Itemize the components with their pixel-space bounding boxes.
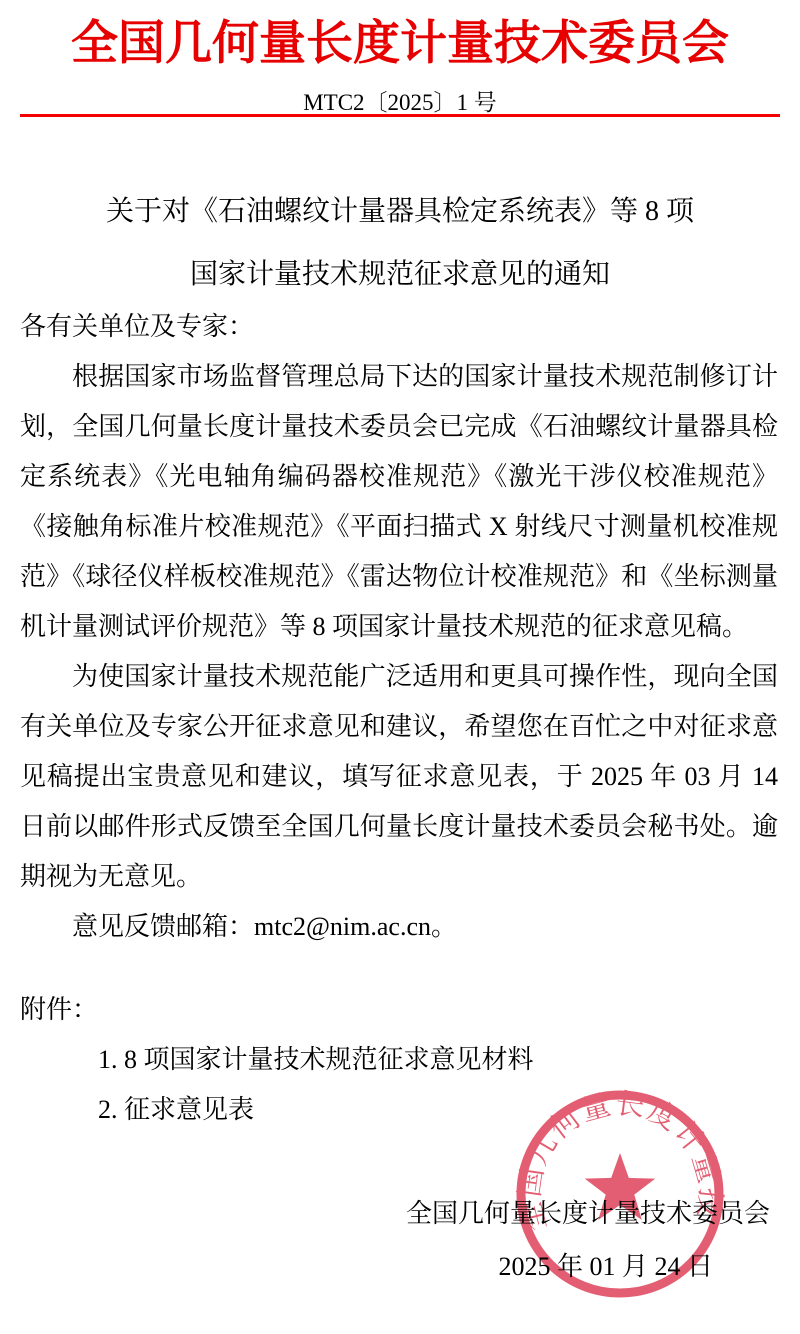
attachment-item-2: 2. 征求意见表	[20, 1085, 778, 1135]
attachment-item-1: 1. 8 项国家计量技术规范征求意见材料	[20, 1035, 778, 1085]
signoff-date: 2025 年 01 月 24 日	[498, 1246, 713, 1283]
notice-title-line2: 国家计量技术规范征求意见的通知	[0, 243, 800, 306]
signoff-org: 全国几何量长度计量技术委员会	[406, 1193, 770, 1230]
red-divider-line	[20, 114, 780, 117]
salutation: 各有关单位及专家：	[20, 302, 778, 352]
body-paragraph-3-email: 意见反馈邮箱：mtc2@nim.ac.cn。	[20, 902, 778, 952]
attachments-label: 附件：	[20, 985, 778, 1035]
org-header-title: 全国几何量长度计量技术委员会	[0, 6, 800, 73]
body-paragraph-2: 为使国家计量技术规范能广泛适用和更具可操作性，现向全国有关单位及专家公开征求意见…	[20, 652, 778, 902]
document-page: 全国几何量长度计量技术委员会 MTC2〔2025〕1 号 关于对《石油螺纹计量器…	[0, 0, 800, 1334]
notice-title: 关于对《石油螺纹计量器具检定系统表》等 8 项 国家计量技术规范征求意见的通知	[0, 180, 800, 306]
document-body: 各有关单位及专家： 根据国家市场监督管理总局下达的国家计量技术规范制修订计划，全…	[20, 302, 778, 1135]
body-paragraph-1: 根据国家市场监督管理总局下达的国家计量技术规范制修订计划，全国几何量长度计量技术…	[20, 352, 778, 652]
document-number: MTC2〔2025〕1 号	[0, 84, 800, 117]
notice-title-line1: 关于对《石油螺纹计量器具检定系统表》等 8 项	[0, 180, 800, 243]
